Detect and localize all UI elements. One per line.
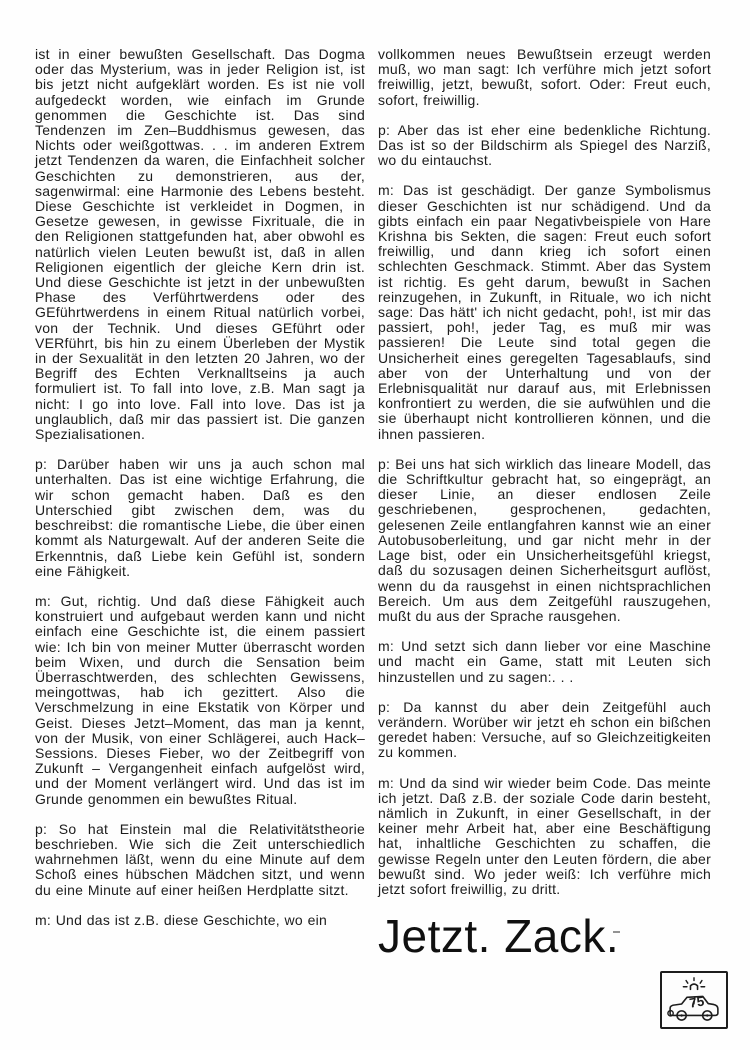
paragraph-speaker-m: m: Das ist geschädigt. Der ganze Symboli…	[378, 183, 711, 441]
paragraph-speaker-p: p: Da kannst du aber dein Zeitgefühl auc…	[378, 700, 711, 761]
beacon-rays	[683, 978, 704, 987]
right-column: vollkommen neues Bewußtsein erzeugt werd…	[378, 47, 711, 960]
two-column-text: ist in einer bewußten Gesellschaft. Das …	[35, 47, 711, 960]
paragraph-speaker-m: m: Und setzt sich dann lieber vor eine M…	[378, 639, 711, 685]
paragraph-speaker-m: m: Gut, richtig. Und daß diese Fähigkeit…	[35, 594, 365, 807]
paragraph-speaker-m: m: Und das ist z.B. diese Geschichte, wo…	[35, 913, 365, 928]
car-number: 75	[688, 994, 705, 1011]
paragraph-speaker-p: p: So hat Einstein mal die Relativitätst…	[35, 822, 365, 898]
paragraph-speaker-p: p: Bei uns hat sich wirklich das lineare…	[378, 457, 711, 624]
paragraph-speaker-p: p: Aber das ist eher eine bedenkliche Ri…	[378, 123, 711, 169]
police-car-stamp: 75	[660, 971, 728, 1029]
police-car-icon: 75	[666, 977, 722, 1023]
paragraph: vollkommen neues Bewußtsein erzeugt werd…	[378, 47, 711, 108]
closing-headline: Jetzt. Zack.	[378, 912, 711, 960]
left-column: ist in einer bewußten Gesellschaft. Das …	[35, 47, 365, 960]
paragraph: ist in einer bewußten Gesellschaft. Das …	[35, 47, 365, 442]
beacon-light	[690, 984, 697, 989]
document-page: ist in einer bewußten Gesellschaft. Das …	[0, 0, 750, 1050]
scan-speck	[613, 931, 620, 933]
paragraph-speaker-p: p: Darüber haben wir uns ja auch schon m…	[35, 457, 365, 579]
paragraph-speaker-m: m: Und da sind wir wieder beim Code. Das…	[378, 776, 711, 898]
